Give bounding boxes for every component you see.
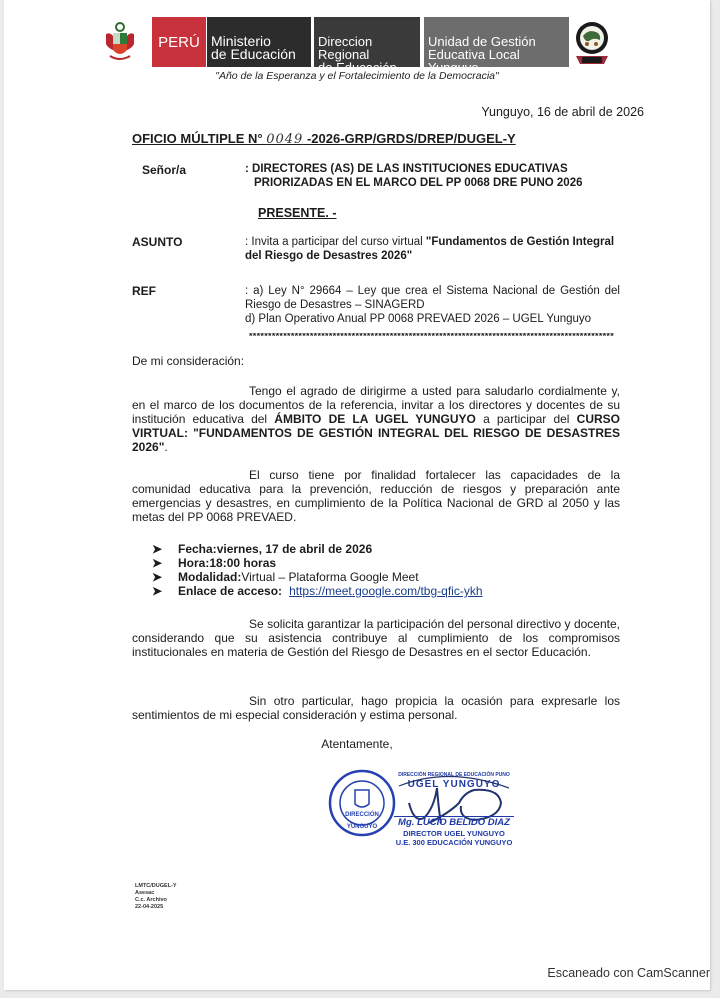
detail-modalidad: ➤ Modalidad: Virtual – Plataforma Google… <box>152 570 483 584</box>
closing-salutation: Atentamente, <box>4 737 710 751</box>
ref-label: REF <box>132 284 156 298</box>
detail-enlace: ➤ Enlace de acceso:https://meet.google.c… <box>152 584 483 598</box>
paragraph-request: Se solicita garantizar la participación … <box>132 617 620 659</box>
course-details-list: ➤ Fecha: viernes, 17 de abril de 2026 ➤ … <box>152 542 483 598</box>
peru-brand-box: PERÚ <box>152 17 206 67</box>
arrow-bullet-icon: ➤ <box>152 556 178 570</box>
recipient-value: : DIRECTORES (AS) DE LAS INSTITUCIONES E… <box>245 162 620 190</box>
direccion-regional-box: Direccion Regional de Educación <box>314 17 420 67</box>
signer-title: DIRECTOR UGEL YUNGUYO <box>394 829 514 838</box>
recipient-label: Señor/a <box>142 163 186 177</box>
detail-fecha: ➤ Fecha: viernes, 17 de abril de 2026 <box>152 542 483 556</box>
svg-text:DIRECCIÓN: DIRECCIÓN <box>345 810 379 818</box>
official-round-stamp-icon: DIRECCIÓN YUNGUYO <box>327 768 397 838</box>
ref-item: : a) Ley N° 29664 – Ley que crea el Sist… <box>245 284 620 312</box>
footer-reference: LMTC/DUGEL-Y Asesac C.c. Archivo 22-04-2… <box>135 883 177 911</box>
arrow-bullet-icon: ➤ <box>152 570 178 584</box>
ugel-yunguyo-seal-icon <box>574 20 610 68</box>
ref-value: : a) Ley N° 29664 – Ley que crea el Sist… <box>245 284 620 326</box>
year-motto: "Año de la Esperanza y el Fortalecimient… <box>4 70 710 82</box>
detail-hora: ➤ Hora: 18:00 horas <box>152 556 483 570</box>
paragraph-purpose: El curso tiene por finalidad fortalecer … <box>132 468 620 524</box>
peru-coat-of-arms-icon <box>104 22 136 64</box>
greeting: De mi consideración: <box>132 354 244 368</box>
svg-text:YUNGUYO: YUNGUYO <box>347 824 378 830</box>
arrow-bullet-icon: ➤ <box>152 584 178 598</box>
arrow-bullet-icon: ➤ <box>152 542 178 556</box>
signer-name: Mg. LUCIO BELIDO DIAZ <box>394 816 514 828</box>
separator-line: ****************************************… <box>249 333 619 339</box>
place-date: Yunguyo, 16 de abril de 2026 <box>481 105 644 119</box>
presente-heading: PRESENTE. - <box>258 206 337 220</box>
meet-link[interactable]: https://meet.google.com/tbg-qfic-ykh <box>289 584 482 598</box>
paragraph-closing: Sin otro particular, hago propicia la oc… <box>132 694 620 722</box>
signer-unit: U.E. 300 EDUCACIÓN YUNGUYO <box>394 838 514 847</box>
scanned-page: PERÚ Ministerio de Educación Direccion R… <box>4 0 710 990</box>
ministerio-educacion-box: Ministerio de Educación <box>207 17 311 67</box>
asunto-label: ASUNTO <box>132 235 182 249</box>
asunto-value: : Invita a participar del curso virtual … <box>245 235 620 263</box>
paragraph-intro: Tengo el agrado de dirigirme a usted par… <box>132 384 620 454</box>
ref-item: d) Plan Operativo Anual PP 0068 PREVAED … <box>245 312 620 326</box>
ugel-yunguyo-box: Unidad de Gestión Educativa Local Yunguy… <box>424 17 569 67</box>
camscanner-watermark: Escaneado con CamScanner <box>547 966 710 980</box>
handwritten-oficio-number: 0049 <box>266 132 303 147</box>
oficio-number-heading: OFICIO MÚLTIPLE N° 0049 -2026-GRP/GRDS/D… <box>132 131 516 147</box>
